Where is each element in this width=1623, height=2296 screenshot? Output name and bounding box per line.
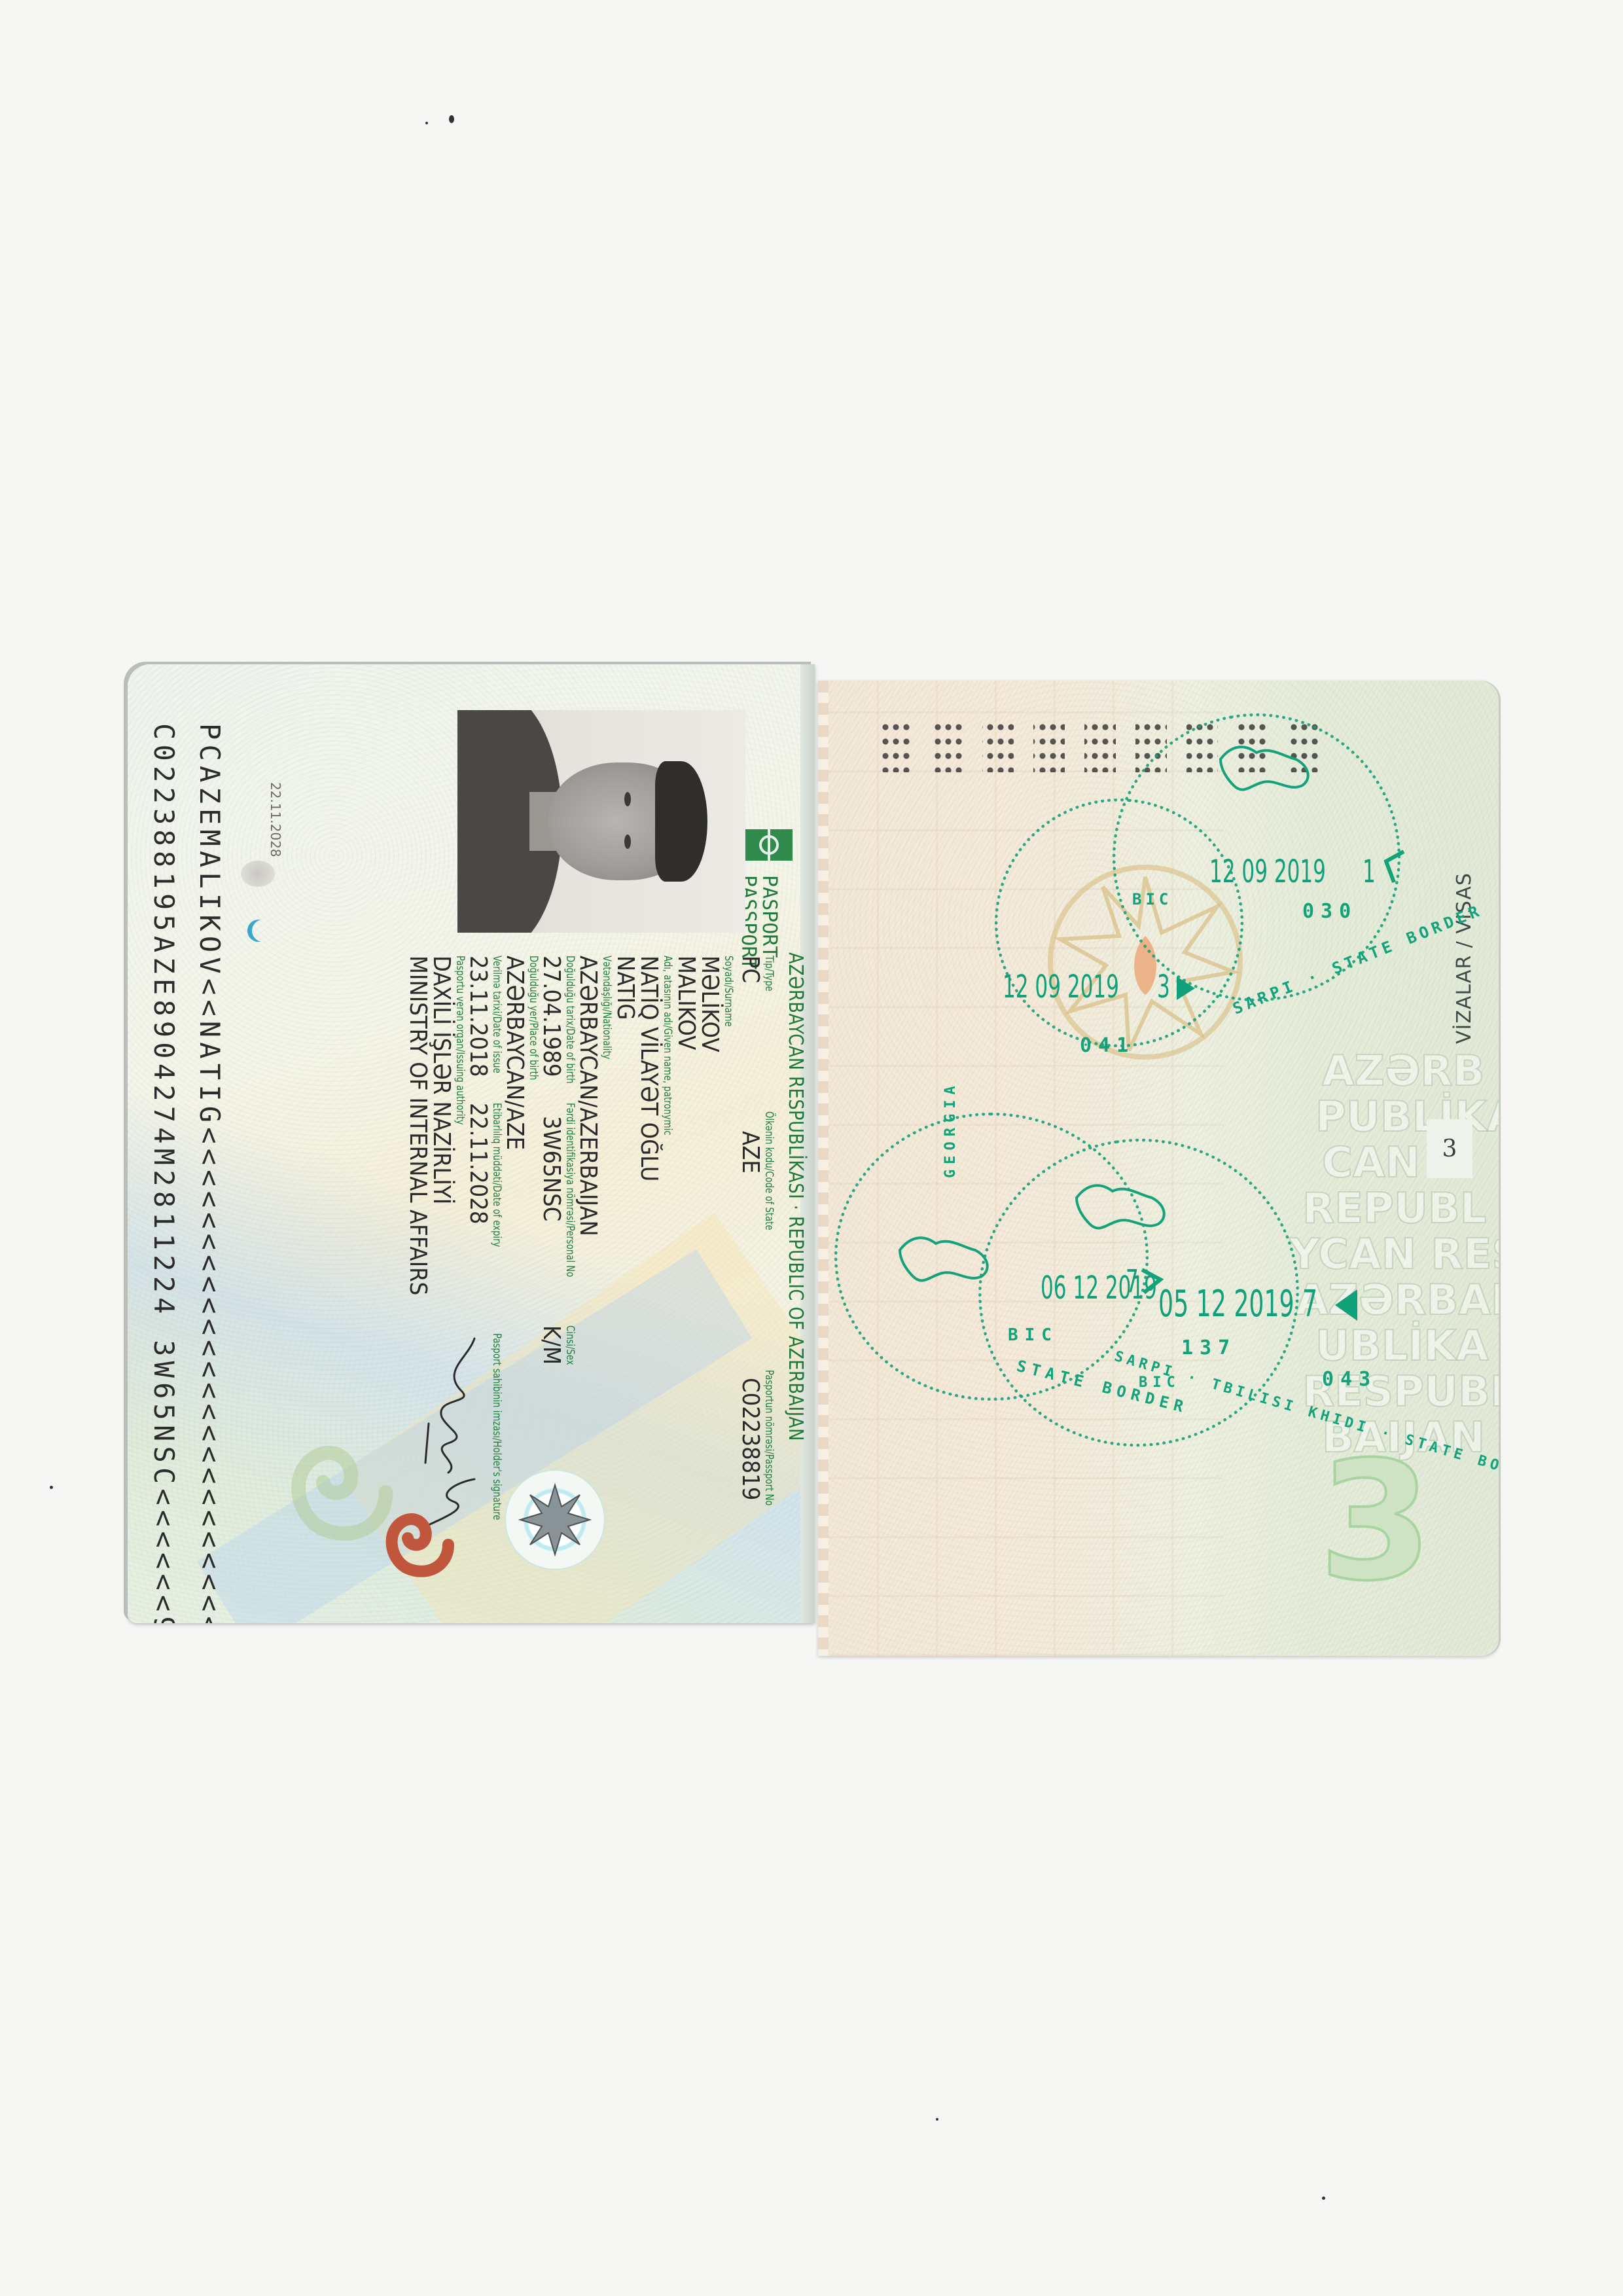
given-name-value-en: NATIG (612, 956, 639, 1020)
watermark-line: UBLİKA (1315, 1322, 1488, 1371)
ghost-image-date: 22.11.2028 (268, 782, 283, 857)
stamp-2-suffix: 3 (1157, 969, 1170, 1005)
watermark-line: AZƏRB (1322, 1047, 1484, 1096)
surname-value-az: MƏLİKOV (696, 956, 723, 1052)
nationality-value: AZƏRBAYCAN/AZERBAIJAN (575, 956, 601, 1236)
stamp-4-date: 05 12 2019 (1158, 1283, 1294, 1325)
issuing-authority-value-az: DAXİLİ İŞLƏR NAZİRLİYİ (428, 956, 455, 1204)
code-of-state-value: AZE (737, 1131, 764, 1174)
scan-speck (1322, 2197, 1325, 2200)
hologram-emblem (505, 1469, 605, 1570)
date-of-issue-value: 23.11.2018 (465, 956, 491, 1077)
stamp-4-suffix: 7 (1302, 1283, 1317, 1325)
data-page-content: AZƏRBAYCAN RESPUBLİKASI · REPUBLIC OF AZ… (128, 664, 815, 1620)
page-number: 3 (1442, 1136, 1457, 1162)
stamp-3-country: GEORGIA (942, 1081, 959, 1178)
watermark-line: REPUBL (1302, 1185, 1486, 1233)
biometric-chip-icon (745, 829, 793, 861)
date-of-issue-label: Verilmə tarixi/Date of issue (490, 956, 503, 1073)
scan-speck (936, 2118, 938, 2121)
date-of-birth-value: 27.04.1989 (538, 956, 565, 1077)
stamp-1-arrow-icon (1381, 848, 1407, 888)
type-label: Tip/Type (762, 956, 776, 992)
personal-no-value: 3W65NSC (538, 1116, 565, 1221)
scan-speck (50, 1486, 53, 1489)
issuing-authority-label: Pasportu verən orqan/Issuing authority (454, 956, 467, 1124)
passport-word-az: PASPORT (758, 875, 781, 958)
visas-section-label: VİZALAR / VISAS (1453, 872, 1476, 1044)
country-title: AZƏRBAYCAN RESPUBLİKASI · REPUBLIC OF AZ… (784, 952, 807, 1441)
stamp-4-code: 043 (1322, 1368, 1377, 1391)
stamp-1-code: 030 (1302, 900, 1357, 923)
photo-hair (655, 761, 707, 882)
scan-speck (449, 115, 454, 123)
georgia-map-icon (897, 1230, 995, 1289)
paisley-watermark-icon (285, 1437, 396, 1548)
watermark-line: AZƏRBAIJ (1296, 1276, 1499, 1325)
issuing-authority-value-en: MINISTRY OF INTERNAL AFFAIRS (404, 956, 431, 1295)
surname-label: Soyadı/Surname (722, 956, 735, 1027)
code-of-state-label: Ölkənin kodu/Code of State (762, 1111, 776, 1230)
stamp-1-suffix: 1 (1363, 853, 1376, 890)
photo-eye (624, 792, 631, 806)
photo-eye (624, 834, 631, 849)
personal-no-label: Fərdi identifikasiya nömrəsi/Personal No (563, 1103, 577, 1277)
perforated-edge (818, 681, 829, 1656)
georgia-map-icon (1073, 1178, 1171, 1237)
sex-label: Cinsi/Sex (563, 1325, 577, 1365)
signature-label: Pasport sahibinin imzası/Holder's signat… (490, 1333, 503, 1520)
holder-photo (457, 710, 745, 933)
crescent-icon (252, 920, 274, 942)
place-of-birth-label: Doğulduğu yer/Place of birth (527, 956, 540, 1080)
passport-data-page: AZƏRBAYCAN RESPUBLİKASI · REPUBLIC OF AZ… (128, 664, 815, 1623)
scan-speck (425, 122, 428, 124)
stamp-4-triangle-icon (1335, 1289, 1357, 1321)
date-of-expiry-label: Etibarlılıq müddəti/Date of expiry (490, 1103, 503, 1247)
watermark-line: YCAN RES (1289, 1230, 1499, 1279)
date-of-expiry-value: 22.11.2028 (465, 1103, 491, 1225)
georgia-map-icon (1217, 740, 1315, 798)
stamp-2-code: 041 (1080, 1034, 1135, 1057)
mrz-line-2: C022388195AZE8904274M2811224 3W65NSC<<<<… (148, 723, 180, 1623)
page-number-watermark: 3 (1319, 1440, 1433, 1604)
place-of-birth-value: AZƏRBAYCAN/AZE (501, 956, 528, 1150)
holder-signature (416, 1332, 488, 1528)
surname-value-en: MALIKOV (673, 956, 700, 1050)
stamp-2-code: 137 (1181, 1336, 1236, 1359)
given-name-value-az: NATİQ VİLAYƏT OĞLU (635, 956, 662, 1181)
nationality-label: Vətəndaşlığı/Nationality (600, 956, 613, 1059)
visa-page: AZƏRB PUBLİKAS CAN A REPUBL YCAN RES AZƏ… (818, 681, 1499, 1656)
passport-no-label: Pasportun nömrəsi/Passport No (762, 1370, 776, 1506)
mrz-line-1: PCAZEMALIKOV<<NATIG<<<<<<<<<<<<<<<<<<<<<… (194, 723, 226, 1623)
type-value: PC (737, 956, 764, 983)
sex-value: K/M (538, 1325, 565, 1365)
ghost-image (241, 861, 275, 887)
date-of-birth-label: Doğulduğu tarix/Date of birth (563, 956, 577, 1084)
page-number-box: 3 (1427, 1119, 1472, 1178)
stamp-2-triangle-icon (1177, 977, 1195, 1000)
stamp-2-date: 12 09 2019 (1003, 969, 1119, 1005)
passport-no-value: C02238819 (737, 1378, 764, 1501)
given-name-label: Adı, atasının adı/Given name, patronymic (661, 956, 674, 1136)
eight-point-star-icon (506, 1471, 604, 1569)
